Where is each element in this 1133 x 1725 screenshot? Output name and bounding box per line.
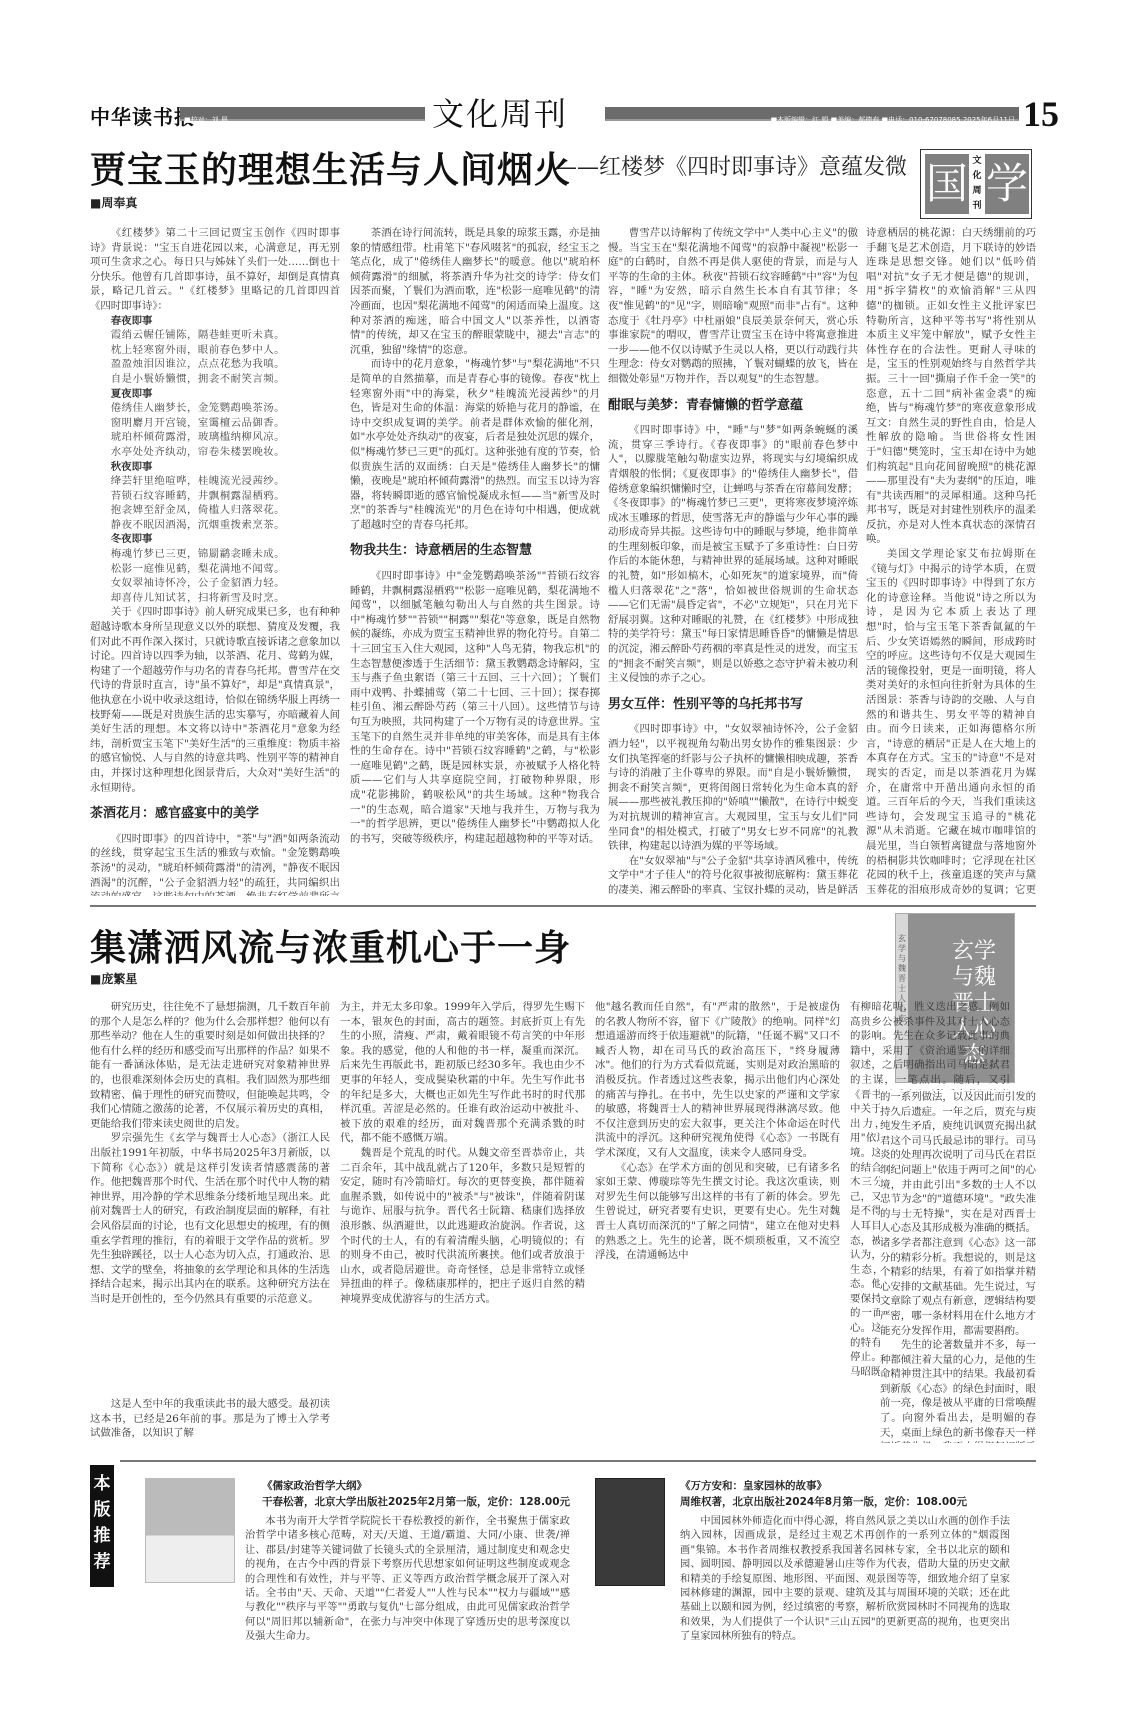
masthead: 中华读书报 ■校对：刘 晨 文化周刊 ■本版编辑：红 娟 ■美编：郝德春 ■电话… [90, 95, 1070, 135]
editor-info-text: ■本版编辑：红 娟 ■美编：郝德春 ■电话：010-67078085 2025年… [771, 116, 1019, 124]
poem-line: 枕上轻寒窗外雨，眼前春色梦中人。 [90, 343, 340, 358]
paragraph: 罗宗强先生《玄学与魏晋士人心态》（浙江人民出版社1991年初版，中华书局2025… [90, 1131, 330, 1306]
paragraph: 《红楼梦》第二十三回记贾宝玉创作《四时即事诗》背景说："宝玉自进花园以来，心满意… [90, 226, 340, 314]
proofreader-bar: ■校对：刘 晨 [180, 107, 425, 121]
article1-title: 贾宝玉的理想生活与人间烟火 [90, 142, 571, 193]
poem-summer: 夏夜即事 倦绣佳人幽梦长，金笼鹦鹉唤茶汤。 窗明麝月开宫镜，室霭檀云品御香。 琥… [90, 387, 340, 460]
badge-middle: 文 化 周 刊 [971, 154, 983, 214]
poem-line: 静夜不眠因酒渴，沉烟重拨索烹茶。 [90, 518, 340, 533]
paragraph: 这是人至中年的我重读此书的最大感受。最初读这本书，已经是26年前的事。那是为了博… [90, 1397, 330, 1441]
book1-title: 《儒家政治哲学大纲》 [262, 1478, 367, 1494]
poem-line: 自是小鬟娇懒惯，拥衾不耐笑言频。 [90, 372, 340, 387]
poem-line: 抱衾婢至舒金凤，倚槛人归落翠花。 [90, 503, 340, 518]
article1-column-3: 曹雪芹以诗解构了传统文学中"人类中心主义"的傲慢。当宝玉在"梨花满地不闻莺"的寂… [608, 226, 858, 896]
poem-line: 女奴翠袖诗怀冷，公子金貂酒力轻。 [90, 576, 340, 591]
book2-description: 中国园林外师造化而中得心源，将自然风景之美以山水画的创作手法纳入园林，因画成景，… [680, 1515, 1010, 1645]
article1-subtitle: ——红楼梦《四时即事诗》意蕴发微 [555, 150, 907, 181]
paragraph: 《四时即事诗》中，"睡"与"梦"如两条蜿蜒的溪流，贯穿三季诗行。《春夜即事》的"… [608, 423, 858, 686]
poem-title: 春夜即事 [90, 314, 340, 329]
article2-column-1: 研究历史，往往免不了悬想揣测，几千数百年前的那个人是怎么样的？他为什么会那样想？… [90, 1000, 330, 1440]
article2-column-1-end: 这是人至中年的我重读此书的最大感受。最初读这本书，已经是26年前的事。那是为了博… [90, 1397, 330, 1443]
poem-line: 盈盈烛泪因谁泣，点点花愁为我嗔。 [90, 357, 340, 372]
badge-mid-char: 文 [971, 154, 983, 169]
section-title: 文化周刊 [432, 95, 568, 133]
recommendation-tag: 本版推荐 [90, 1465, 114, 1587]
section-heading: 酣眠与美梦：青春慵懒的哲学意蕴 [608, 399, 858, 414]
article2-byline: ■庞繁星 [90, 970, 137, 987]
article1-column-1: 《红楼梦》第二十三回记贾宝玉创作《四时即事诗》背景说："宝玉自进花园以来，心满意… [90, 226, 340, 896]
badge-mid-char: 刊 [971, 199, 983, 214]
article2-column-2: 为主，并无太多印象。1999年入学后，得罗先生赐下一本，银灰色的封面，高古的题签… [340, 1000, 585, 1443]
paragraph: 先生的论著数量并不多，每一种都倾注着大量的心力，是他的生命精神贯注其中的结果。我… [880, 1338, 1036, 1443]
poem-line: 松影一庭惟见鹤，梨花满地不闻莺。 [90, 562, 340, 577]
section-heading: 男女互伴：性别平等的乌托邦书写 [608, 698, 858, 713]
article2-column-5: 的一系列做法，以及因此而引发的持久后遗症。一年之后，贾充与庾纯发生矛盾，庾纯讥讽… [880, 1090, 1036, 1443]
article1-column-4: 诗意栖居的桃花源：白天绣绷前的巧手翻飞是艺术创造，月下联诗的妙语连珠是思想交锋。… [866, 226, 1036, 896]
article2-title: 集潇洒风流与浓重机心于一身 [90, 920, 571, 971]
article1-byline: ■周奉真 [90, 194, 137, 211]
paragraph: 《心态》在学术方面的创见和突破，已有诸多名家如王蒙、傅璇琮等先生撰文讨论。我这次… [595, 1161, 840, 1263]
book1-meta: 干春松著，北京大学出版社2025年2月第一版，定价：128.00元 [262, 1494, 570, 1510]
section-heading: 物我共生：诗意栖居的生态智慧 [350, 544, 600, 559]
paragraph: 的一系列做法，以及因此而引发的持久后遗症。一年之后，贾充与庾纯发生矛盾，庾纯讥讽… [880, 1090, 1036, 1338]
poem-line: 苔锁石纹容睡鹤，井飘桐露湿栖鸦。 [90, 489, 340, 504]
book2-meta: 周维权著，北京出版社2024年8月第一版，定价：108.00元 [680, 1494, 967, 1510]
paragraph: 《四时即事》的四首诗中，"茶"与"酒"如两条流动的丝线，贯穿起宝玉生活的雅致与欢… [90, 832, 340, 896]
poem-title: 秋夜即事 [90, 460, 340, 475]
recommendation-divider [120, 1460, 1036, 1462]
badge-char-right: 学 [985, 154, 1029, 214]
paragraph: 研究历史，往往免不了悬想揣测，几千数百年前的那个人是怎么样的？他为什么会那样想？… [90, 1000, 330, 1131]
editor-info-bar: ■本版编辑：红 娟 ■美编：郝德春 ■电话：010-67078085 2025年… [605, 107, 1019, 121]
book2-cover-image [595, 1478, 665, 1586]
poem-line: 绛芸轩里绝喧哗，桂魄流光浸茜纱。 [90, 474, 340, 489]
book1-description: 本书为南开大学哲学院院长干春松教授的新作，全书聚焦于儒家政治哲学中诸多核心范畴，… [245, 1515, 570, 1645]
article1-column-2: 茶酒在诗行间流转，既是具象的琼浆玉露，亦是抽象的情感纽带。杜甫笔下"春风啜茗"的… [350, 226, 600, 896]
page-number: 15 [1023, 93, 1059, 135]
paragraph: 魏晋是个荒乱的时代。从魏文帝至晋恭帝止，共二百余年，其中战乱就占了120年，多数… [340, 1146, 585, 1307]
poem-line: 窗明麝月开宫镜，室霭檀云品御香。 [90, 416, 340, 431]
paragraph: 本书为南开大学哲学院院长干春松教授的新作，全书聚焦于儒家政治哲学中诸多核心范畴，… [245, 1515, 570, 1645]
poem-line: 霞绡云幄任铺陈，隔巷蛙更听未真。 [90, 328, 340, 343]
paragraph: 《四时即事诗》中，"女奴翠袖诗怀冷，公子金貂酒力轻"，以平视视角勾勒出男女协作的… [608, 722, 858, 853]
poem-autumn: 秋夜即事 绛芸轩里绝喧哗，桂魄流光浸茜纱。 苔锁石纹容睡鹤，井飘桐露湿栖鸦。 抱… [90, 460, 340, 533]
paragraph: 他"越名教而任自然"，有"严肃的散然"，于是被虚伪的名教人物所不容，留下《广陵散… [595, 1000, 840, 1161]
paragraph: 诗意栖居的桃花源：白天绣绷前的巧手翻飞是艺术创造，月下联诗的妙语连珠是思想交锋。… [866, 226, 1036, 547]
badge-mid-char: 化 [971, 169, 983, 184]
article-divider [90, 905, 1036, 907]
paragraph: 美国文学理论家艾布拉姆斯在《镜与灯》中揭示的诗学本质，在贾宝玉的《四时即事诗》中… [866, 547, 1036, 896]
paragraph: 茶酒在诗行间流转，既是具象的琼浆玉露，亦是抽象的情感纽带。杜甫笔下"春风啜茗"的… [350, 226, 600, 357]
article2-column-3: 他"越名教而任自然"，有"严肃的散然"，于是被虚伪的名教人物所不容，留下《广陵散… [595, 1000, 840, 1443]
poem-line: 水亭处处齐纨动，帘卷朱楼罢晚妆。 [90, 445, 340, 460]
paragraph: 《四时即事诗》中"金笼鹦鹉唤茶汤""苔锁石纹容睡鹤，井飘桐露湿栖鸦""松影一庭唯… [350, 569, 600, 846]
proofreader-text: ■校对：刘 晨 [180, 116, 228, 124]
poem-line: 琥珀杯倾荷露滑，玻璃槛纳柳风凉。 [90, 430, 340, 445]
book2-title: 《万方安和：皇家园林的故事》 [680, 1478, 827, 1494]
poem-line: 倦绣佳人幽梦长，金笼鹦鹉唤茶汤。 [90, 401, 340, 416]
paragraph: 曹雪芹以诗解构了传统文学中"人类中心主义"的傲慢。当宝玉在"梨花满地不闻莺"的寂… [608, 226, 858, 387]
poem-winter: 冬夜即事 梅魂竹梦已三更，锦罽鹴衾睡未成。 松影一庭惟见鹤，梨花满地不闻莺。 女… [90, 532, 340, 605]
book1-cover-image [145, 1478, 235, 1583]
newspaper-page: 中华读书报 ■校对：刘 晨 文化周刊 ■本版编辑：红 娟 ■美编：郝德春 ■电话… [0, 0, 1133, 1725]
poem-line: 梅魂竹梦已三更，锦罽鹴衾睡未成。 [90, 547, 340, 562]
paragraph: 中国园林外师造化而中得心源，将自然风景之美以山水画的创作手法纳入园林，因画成景，… [680, 1515, 1010, 1645]
poem-title: 冬夜即事 [90, 532, 340, 547]
poem-title: 夏夜即事 [90, 387, 340, 402]
badge-mid-char: 周 [971, 184, 983, 199]
paragraph: 关于《四时即事诗》前人研究成果已多，也有种种超越诗歌本身所呈现意义以外的联想、猜… [90, 605, 340, 795]
section-heading: 茶酒花月：感官盛宴中的美学 [90, 807, 340, 822]
guoxue-badge-logo: 国 文 化 周 刊 学 [920, 149, 1032, 219]
poem-line: 却喜侍儿知试茗，扫将新雪及时烹。 [90, 591, 340, 606]
paragraph: 在"女奴翠袖"与"公子金貂"共享诗酒风雅中，传统文学中"才子佳人"的符号化叙事被… [608, 854, 858, 896]
poem-spring: 春夜即事 霞绡云幄任铺陈，隔巷蛙更听未真。 枕上轻寒窗外雨，眼前春色梦中人。 盈… [90, 314, 340, 387]
paragraph: 而诗中的花月意象，"梅魂竹梦"与"梨花满地"不只是简单的自然描摹，而是青春心事的… [350, 357, 600, 532]
badge-char-left: 国 [925, 154, 969, 214]
paragraph: 为主，并无太多印象。1999年入学后，得罗先生赐下一本，银灰色的封面，高古的题签… [340, 1000, 585, 1146]
